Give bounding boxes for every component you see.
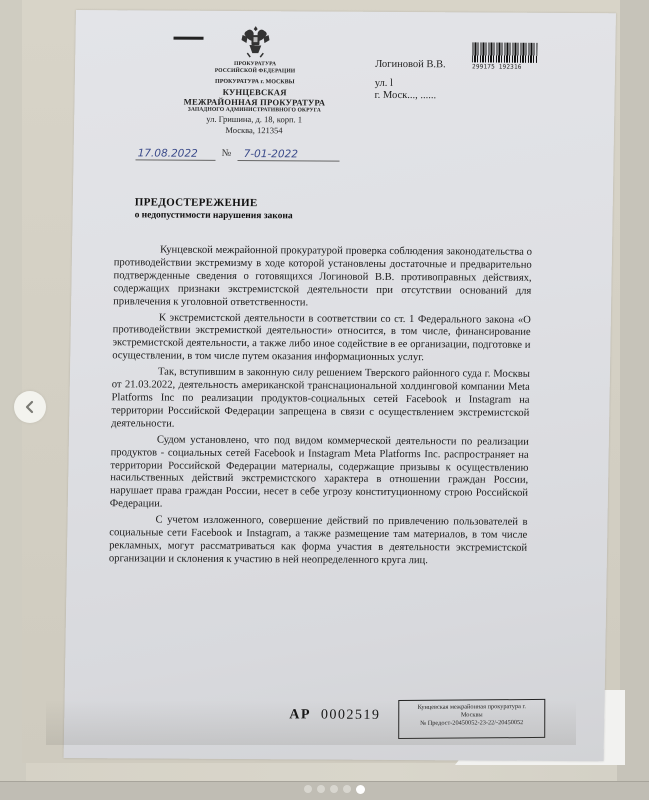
document-body: Кунцевской межрайонной прокуратурой пров…	[109, 244, 532, 571]
viewer-divider	[0, 781, 649, 782]
org-address-2: Москва, 121354	[154, 124, 354, 136]
number-label: №	[222, 148, 232, 159]
addressee-name: Логиновой В.В.	[375, 59, 446, 71]
document-date: 17.08.2022	[136, 147, 216, 160]
addressee-street: ул. l	[375, 78, 446, 90]
document-title: ПРЕДОСТЕРЕЖЕНИЕ о недопустимости нарушен…	[135, 196, 293, 221]
date-number-line: 17.08.2022 № 7-01-2022	[133, 147, 353, 162]
document-number: 7-01-2022	[237, 148, 339, 162]
chevron-left-icon	[23, 400, 37, 414]
barcode: 299175 192316	[472, 42, 537, 70]
title-sub: о недопустимости нарушения закона	[135, 210, 293, 221]
pagination-dot-2[interactable]	[317, 785, 325, 793]
image-viewer: ПРОКУРАТУРА РОССИЙСКОЙ ФЕДЕРАЦИИ ПРОКУРА…	[0, 0, 649, 781]
org-line-5: МЕЖРАЙОННАЯ ПРОКУРАТУРА	[154, 96, 354, 107]
title-main: ПРЕДОСТЕРЕЖЕНИЕ	[135, 196, 293, 209]
addressee-block: Логиновой В.В. ул. l г. Моск..., ......	[374, 59, 445, 102]
org-line-2: РОССИЙСКОЙ ФЕДЕРАЦИИ	[155, 67, 355, 75]
previous-image-button[interactable]	[14, 391, 46, 423]
letterhead: ПРОКУРАТУРА РОССИЙСКОЙ ФЕДЕРАЦИИ ПРОКУРА…	[154, 22, 356, 135]
barcode-number: 299175 192316	[472, 63, 537, 70]
paragraph: Так, вступившим в законную силу решением…	[111, 366, 530, 433]
paper-shadow	[46, 700, 576, 745]
pagination-dot-1[interactable]	[304, 785, 312, 793]
pagination-dot-5-active[interactable]	[356, 785, 365, 794]
paragraph: Кунцевской межрайонной прокуратурой пров…	[113, 244, 532, 311]
pagination-dot-4[interactable]	[343, 785, 351, 793]
paragraph: Судом установлено, что под видом коммерч…	[110, 434, 529, 514]
addressee-city: г. Моск..., ......	[374, 90, 445, 102]
paragraph: С учетом изложенного, совершение действи…	[109, 514, 528, 568]
barcode-bars-icon	[472, 42, 537, 62]
paragraph: К экстремистской деятельности в соответс…	[112, 312, 531, 366]
document-page: ПРОКУРАТУРА РОССИЙСКОЙ ФЕДЕРАЦИИ ПРОКУРА…	[64, 10, 616, 761]
background-wall-right	[617, 0, 649, 781]
pagination-dot-3[interactable]	[330, 785, 338, 793]
double-headed-eagle-emblem-icon	[238, 23, 273, 59]
carousel-pagination	[0, 785, 649, 797]
